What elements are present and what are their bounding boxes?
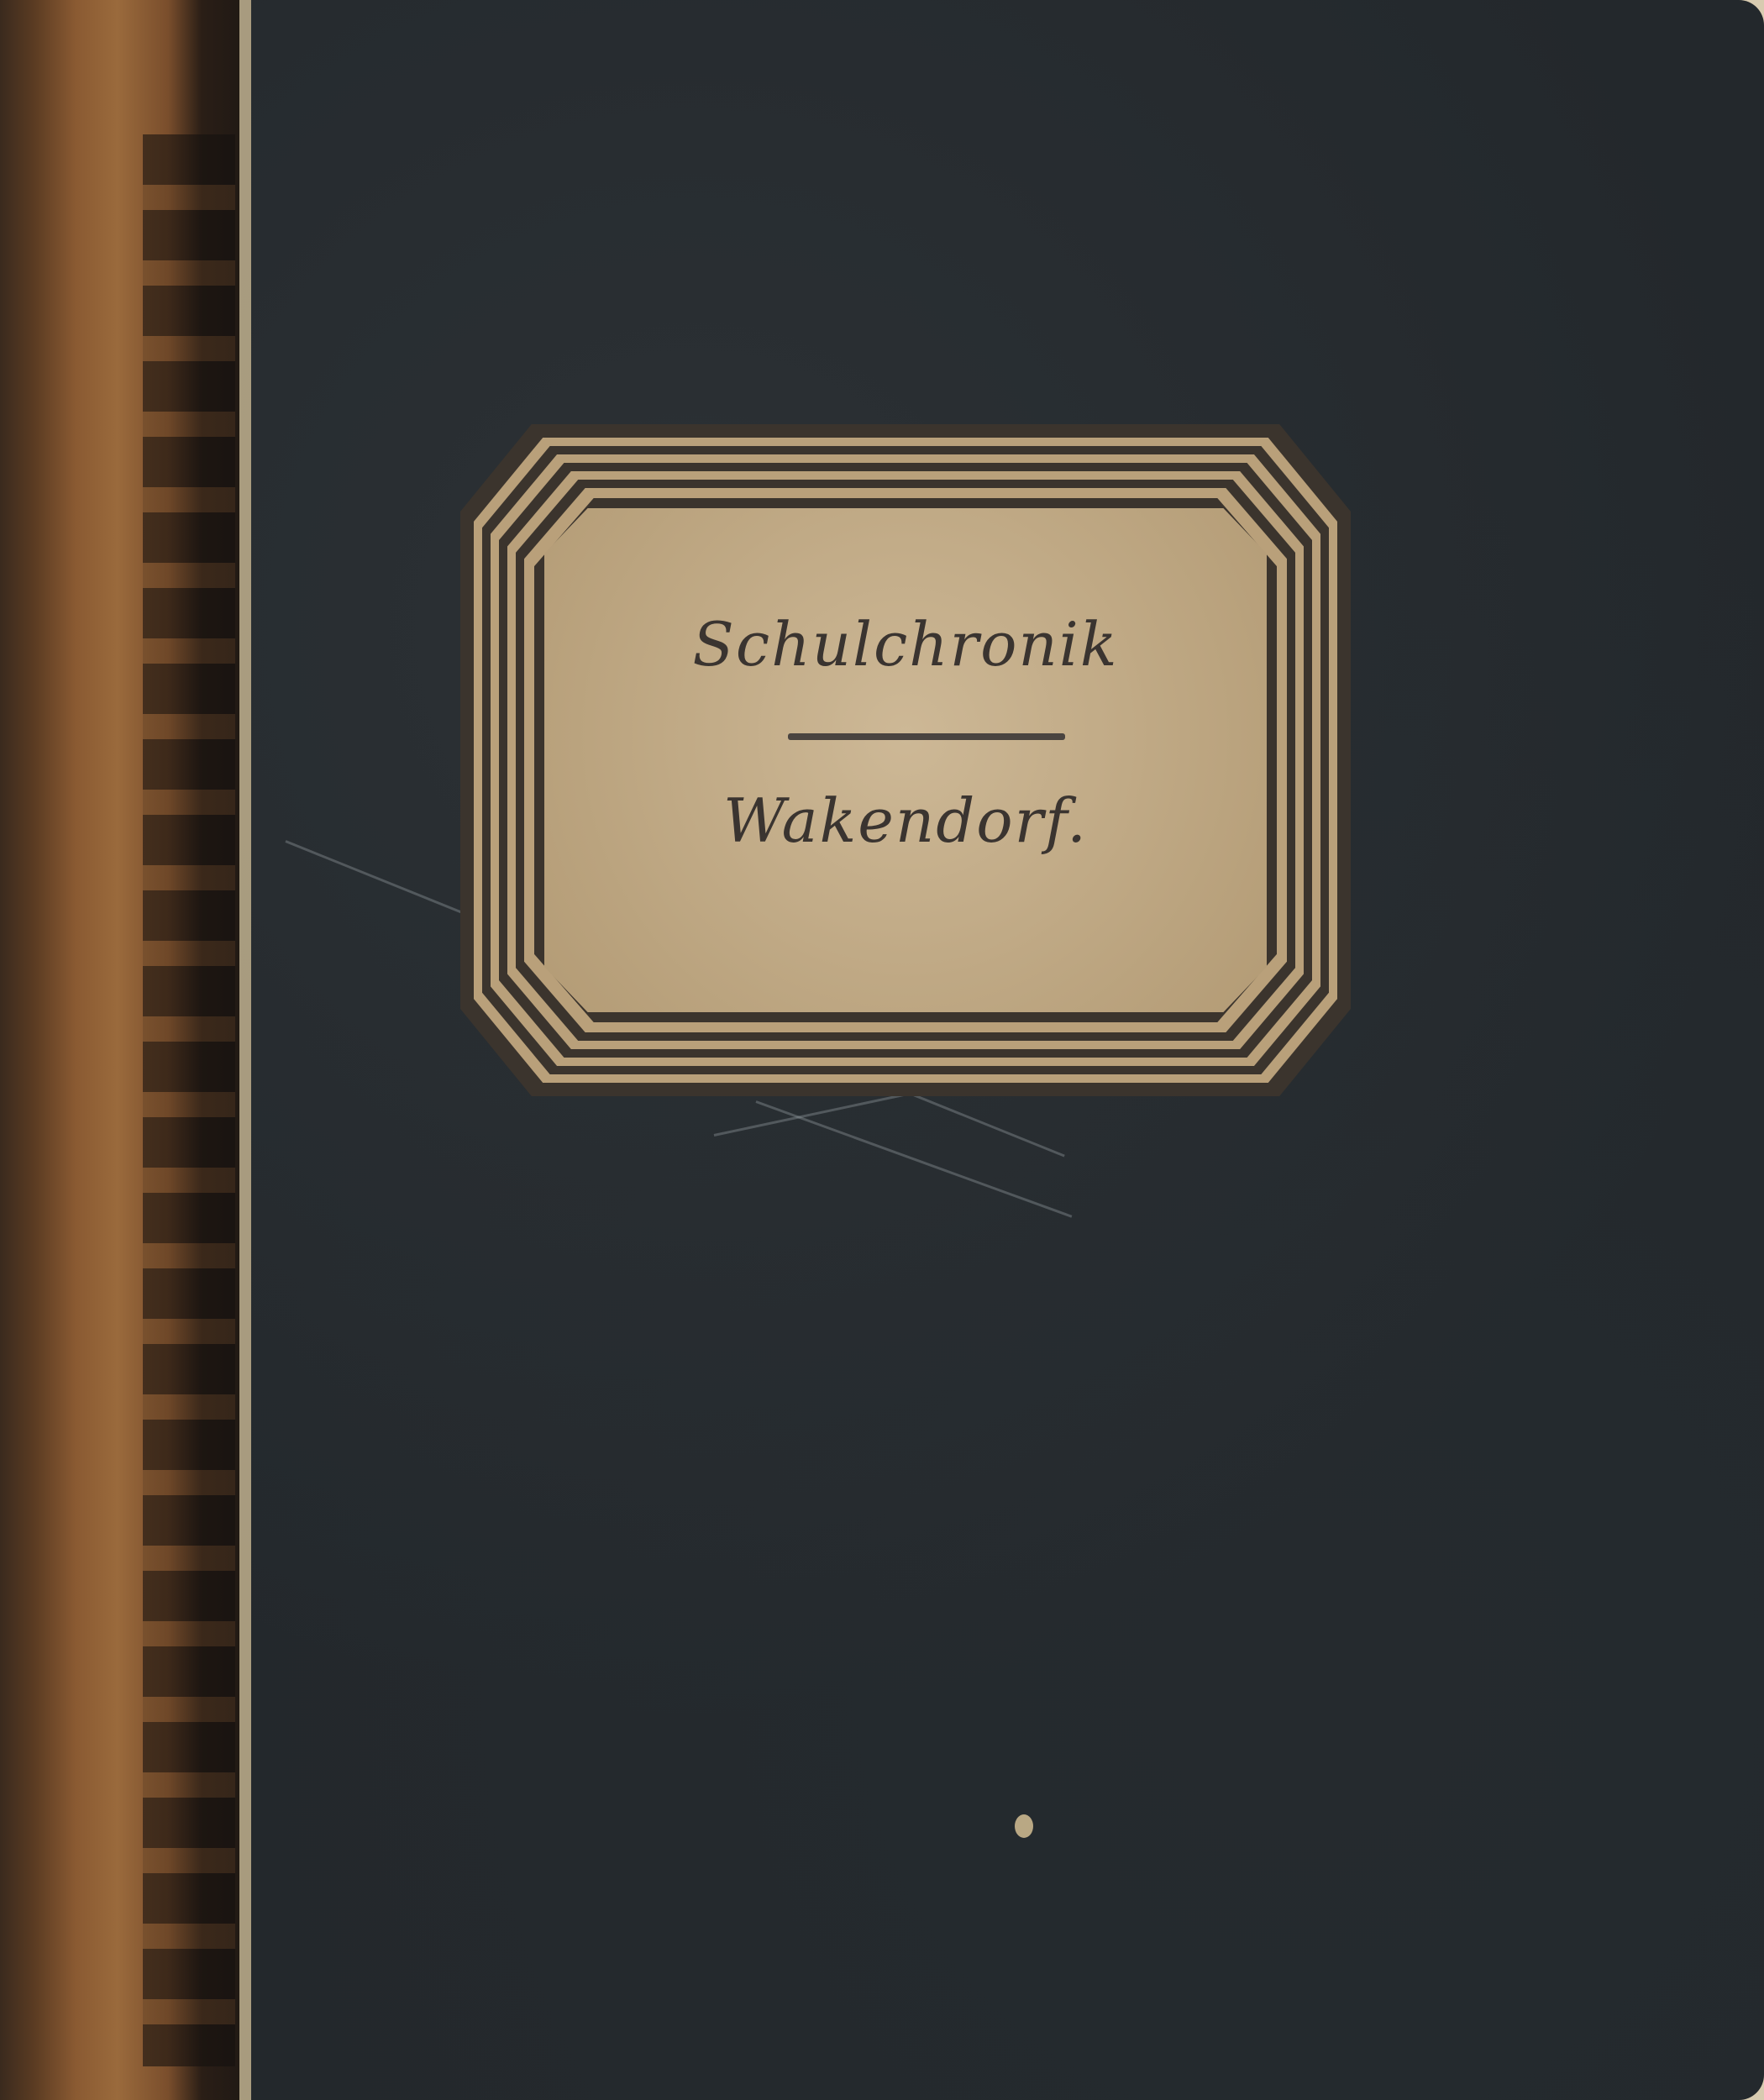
- book-spine: [0, 0, 252, 2100]
- cover-label: Schulchronik Wakendorf.: [460, 424, 1351, 1096]
- wear-spot: [1015, 1814, 1033, 1838]
- label-divider: [788, 733, 1065, 740]
- label-paper: Schulchronik Wakendorf.: [544, 508, 1267, 1012]
- label-place: Wakendorf.: [544, 785, 1267, 856]
- label-title: Schulchronik: [544, 609, 1267, 680]
- book: Schulchronik Wakendorf.: [0, 0, 1764, 2100]
- cover-torn-edge: [239, 0, 251, 2100]
